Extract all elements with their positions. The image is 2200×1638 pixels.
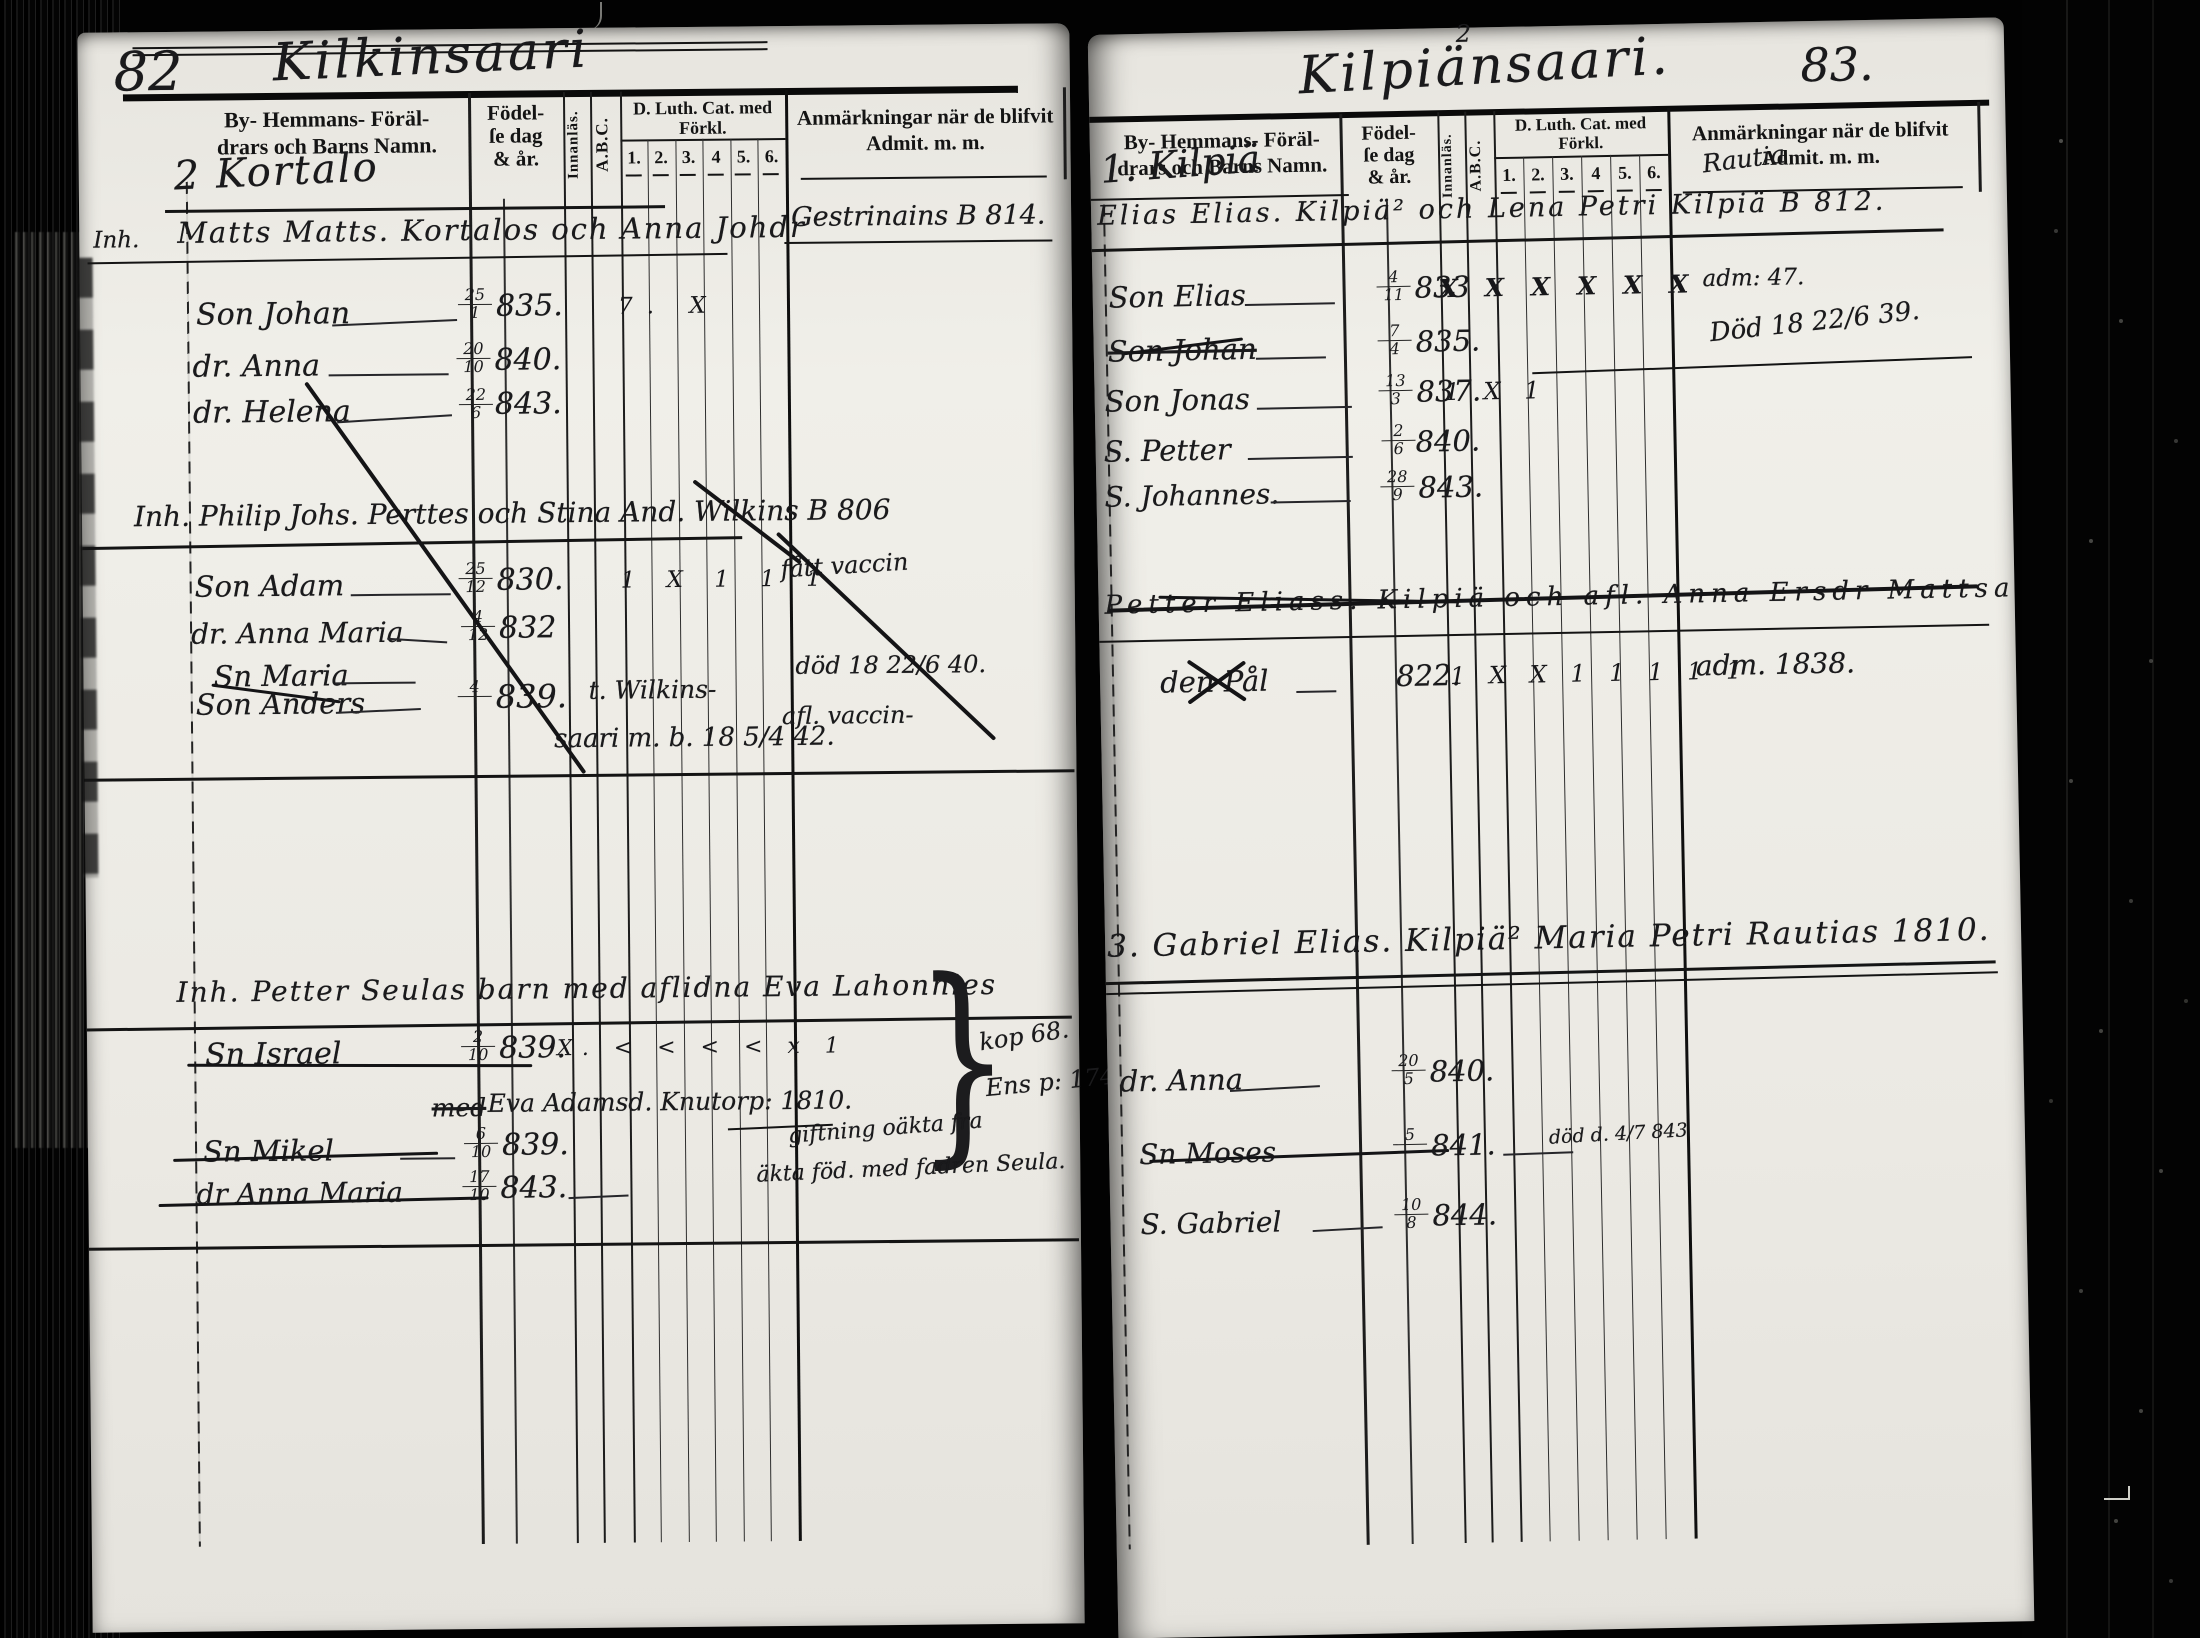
page-title-superscript: 2 bbox=[1456, 22, 1472, 47]
column-header-catechism-line1: D. Luth. Cat. med bbox=[1493, 114, 1667, 134]
birth-date: 2512 bbox=[458, 561, 492, 596]
catechism-col-5: 5. bbox=[1610, 163, 1639, 182]
column-rule bbox=[675, 139, 690, 1542]
catechism-col-underline bbox=[708, 174, 724, 176]
row-rule bbox=[82, 536, 742, 549]
family-line: Matts Matts. Kortalos och Anna Johdr bbox=[177, 212, 806, 248]
birth-month: 6 bbox=[459, 405, 493, 422]
cat-marks: X. < < < < x 1 bbox=[557, 1033, 848, 1061]
catechism-col-1: 1. bbox=[1494, 166, 1523, 185]
section-rule bbox=[85, 769, 1075, 781]
catechism-col-underline bbox=[763, 173, 779, 175]
catechism-col-6: 6. bbox=[1639, 163, 1668, 182]
ditto-dash bbox=[336, 682, 416, 685]
column-header-remarks-line2: Admit. m. m. bbox=[785, 131, 1065, 155]
catechism-col-5: 5. bbox=[729, 147, 757, 165]
birth-year: 835. bbox=[496, 290, 563, 322]
catechism-col-3: 3. bbox=[1552, 164, 1581, 183]
birth-date: 289 bbox=[1380, 469, 1415, 504]
birth-year: 835. bbox=[1415, 325, 1480, 357]
column-header-catechism-line1: D. Luth. Cat. med bbox=[620, 98, 785, 118]
column-rule bbox=[1977, 102, 1982, 192]
birth-month: 12 bbox=[459, 579, 493, 596]
entry-name: Son Jonas bbox=[1104, 384, 1250, 417]
birth-day: 4 bbox=[458, 679, 492, 697]
birth-month: 10 bbox=[456, 359, 490, 376]
birth-date: 26 bbox=[1381, 423, 1416, 458]
birth-year: 844. bbox=[1432, 1199, 1497, 1231]
family-remark: Gestrinains B 814. bbox=[791, 202, 1046, 233]
section-heading: 1. Kilpiä bbox=[1099, 140, 1262, 191]
page-edge-stack-right bbox=[2022, 0, 2200, 1638]
column-header-birth-line1: Födel- bbox=[1339, 122, 1437, 144]
birth-month: 3 bbox=[1379, 391, 1413, 408]
catechism-col-underline bbox=[735, 173, 751, 175]
birth-year: 843. bbox=[500, 1172, 567, 1204]
column-rule bbox=[1552, 156, 1580, 1541]
entry-name: S. Johannes. bbox=[1104, 479, 1279, 512]
birth-year: 830. bbox=[496, 564, 563, 596]
interline-note: Eva Adamsd. Knutorp: 1810. bbox=[488, 1087, 853, 1117]
section-rule bbox=[89, 1238, 1079, 1250]
entry-name: S. Petter bbox=[1103, 434, 1231, 467]
column-header-birth-line1: Födel- bbox=[468, 102, 563, 124]
remark: adm: 47. bbox=[1702, 265, 1804, 291]
ditto-dash bbox=[332, 319, 457, 327]
row-rule bbox=[88, 253, 728, 264]
column-header-birth-line2: ſe dag bbox=[468, 125, 563, 147]
ditto-dash bbox=[1271, 500, 1351, 504]
remark: död d. 4/7 843 bbox=[1548, 1121, 1688, 1148]
birth-date: 210 bbox=[461, 1029, 495, 1064]
birth-date: 133 bbox=[1378, 373, 1413, 408]
column-header-reading: Innanläs. bbox=[565, 96, 590, 194]
catechism-col-3: 3. bbox=[674, 148, 702, 166]
cat-marks: 1 X 1 bbox=[1444, 376, 1547, 406]
catechism-col-underline bbox=[680, 174, 696, 176]
birth-year: 832 bbox=[499, 612, 557, 644]
catechism-col-underline bbox=[626, 174, 642, 176]
ditto-dash bbox=[329, 373, 449, 376]
remark: död 18 22/6 40. bbox=[795, 652, 986, 679]
column-header-catechism-line2: Förkl. bbox=[1494, 133, 1668, 153]
page-edge-line bbox=[2152, 0, 2154, 1638]
birth-date: 74 bbox=[1377, 323, 1412, 358]
corner-mark bbox=[2128, 1486, 2130, 1500]
birth-month: 10 bbox=[462, 1187, 496, 1204]
column-rule bbox=[1639, 154, 1667, 1539]
birth-day: 5 bbox=[1393, 1127, 1427, 1145]
row-rule bbox=[1092, 228, 1944, 251]
catechism-col-4: 4 bbox=[702, 148, 729, 166]
correction-note: Rautia bbox=[1701, 141, 1787, 177]
entry-name: Son Anders bbox=[196, 688, 366, 720]
ditto-dash bbox=[351, 593, 451, 596]
birth-date: 251 bbox=[458, 287, 492, 322]
margin-label: Inh. bbox=[93, 228, 139, 253]
birth-month: 9 bbox=[1380, 487, 1414, 504]
birth-month: 1 bbox=[458, 305, 492, 322]
column-rule bbox=[1581, 155, 1609, 1540]
birth-month: 10 bbox=[464, 1144, 498, 1161]
cat-marks: X X X X X X bbox=[1438, 269, 1697, 303]
birth-date: 5 bbox=[1393, 1127, 1428, 1161]
cat-marks: 7. X bbox=[618, 293, 720, 320]
ditto-dash bbox=[337, 414, 452, 423]
entry-name: dr. Anna bbox=[192, 350, 320, 383]
birth-date: 226 bbox=[459, 387, 493, 422]
birth-month bbox=[458, 697, 492, 713]
right-page: Kilpiänsaari. 2 83. By- Hemmans- Föräl- … bbox=[1088, 17, 2035, 1638]
column-rule bbox=[1667, 108, 1697, 1539]
ditto-dash bbox=[1248, 456, 1353, 460]
column-header-remarks-line1: Anmärkningar när de blifvit bbox=[785, 105, 1065, 129]
entry-name: dr. Anna bbox=[1119, 1064, 1243, 1097]
migration-note-line1: t. Wilkins- bbox=[589, 677, 717, 704]
birth-year: 841. bbox=[1431, 1129, 1496, 1161]
catechism-col-1: 1. bbox=[620, 148, 647, 166]
struck-word: med bbox=[432, 1095, 487, 1122]
corner-mark bbox=[2104, 1498, 2130, 1500]
remarks-header-rule bbox=[801, 175, 1047, 179]
birth-year: 843. bbox=[1418, 471, 1483, 503]
remark: adm. 1838. bbox=[1696, 648, 1856, 680]
catechism-col-underline bbox=[653, 174, 669, 176]
birth-date: 610 bbox=[464, 1126, 498, 1161]
entry-name: Sn Moses bbox=[1139, 1138, 1276, 1170]
page-title: Kilpiänsaari. bbox=[1297, 29, 1672, 104]
column-rule bbox=[702, 139, 717, 1542]
remark: Död 18 22/6 39. bbox=[1708, 298, 1920, 348]
column-rule bbox=[1610, 155, 1638, 1540]
column-rule bbox=[563, 92, 579, 1543]
entry-name: Son Elias bbox=[1108, 280, 1246, 313]
section-heading: 3. Gabriel Elias. Kilpiä² Maria Petri Ra… bbox=[1107, 914, 1991, 964]
remark: afl. vaccin- bbox=[782, 703, 914, 729]
family-line: Inh. Philip Johs. Perttes och Stina And.… bbox=[134, 495, 891, 532]
dust-speckles bbox=[2030, 20, 2032, 22]
family-line: Inh. Petter Seulas barn med aflidna Eva … bbox=[176, 970, 997, 1007]
remark-brace: } bbox=[914, 952, 1012, 1170]
catechism-col-2: 2. bbox=[647, 148, 674, 166]
birth-year: 839. bbox=[499, 1032, 566, 1064]
birth-month: 8 bbox=[1394, 1214, 1428, 1231]
birth-month: 4 bbox=[1378, 341, 1412, 358]
column-header-birth-line2: ſe dag bbox=[1340, 144, 1438, 166]
column-rule bbox=[1493, 111, 1522, 1542]
birth-month bbox=[1393, 1144, 1427, 1161]
column-rule bbox=[730, 139, 745, 1542]
birth-year: 840. bbox=[1415, 425, 1480, 457]
catechism-col-4: 4 bbox=[1581, 164, 1610, 183]
column-header-remarks-line1: Anmärkningar när de blifvit bbox=[1668, 118, 1973, 145]
column-header-abc: A.B.C. bbox=[592, 96, 619, 194]
section-heading: 2 Kortalo bbox=[173, 146, 380, 197]
birth-year: 839. bbox=[502, 1129, 569, 1161]
column-rule bbox=[590, 92, 605, 1543]
column-rule bbox=[1339, 114, 1369, 1545]
left-page: 82 Kilkinsaari By- Hemmans- Föräl- drars… bbox=[77, 23, 1084, 1632]
page-number: 83. bbox=[1800, 40, 1874, 90]
family-line: Elias Elias. Kilpiä² och Lena Petri Kilp… bbox=[1097, 188, 1887, 231]
ditto-dash bbox=[1296, 690, 1336, 693]
column-rule bbox=[757, 138, 772, 1541]
ditto-dash bbox=[569, 1195, 629, 1200]
column-rule bbox=[186, 182, 201, 1547]
remark: äkta föd. med fadren Seula. bbox=[756, 1150, 1066, 1187]
birth-month: 6 bbox=[1382, 441, 1416, 458]
birth-date: 1710 bbox=[462, 1169, 496, 1204]
column-header-birth-line3: & år. bbox=[1340, 166, 1438, 188]
birth-date: 108 bbox=[1394, 1197, 1429, 1232]
column-rule bbox=[1063, 87, 1067, 179]
column-header-birth-line3: & år. bbox=[468, 148, 563, 170]
birth-date: 205 bbox=[1391, 1053, 1426, 1088]
birth-year: 843. bbox=[495, 388, 562, 420]
ditto-dash bbox=[1245, 302, 1335, 306]
birth-month: 10 bbox=[461, 1047, 495, 1064]
page-edge-line bbox=[2108, 0, 2110, 1638]
catechism-col-6: 6. bbox=[757, 147, 785, 165]
entry-name: dr. Anna Maria bbox=[191, 618, 404, 649]
ditto-dash bbox=[1257, 406, 1352, 410]
remark-underline bbox=[784, 239, 1052, 244]
column-header-names-line1: By- Hemmans- Föräl- bbox=[185, 107, 468, 132]
page-title: Kilkinsaari bbox=[272, 22, 591, 91]
ditto-dash bbox=[400, 1157, 455, 1160]
birth-date: 2010 bbox=[456, 341, 490, 376]
ditto-dash bbox=[1256, 356, 1326, 359]
entry-name: Sn Mikel bbox=[203, 1135, 334, 1167]
column-header-catechism-line2: Förkl. bbox=[620, 118, 785, 138]
column-rule bbox=[647, 139, 662, 1542]
row-rule bbox=[1532, 356, 1972, 374]
book-scan-background: 82 Kilkinsaari By- Hemmans- Föräl- drars… bbox=[0, 0, 2200, 1638]
birth-month: 11 bbox=[1377, 287, 1411, 304]
birth-date: 4 bbox=[458, 679, 492, 713]
birth-year: 840. bbox=[494, 344, 561, 376]
entry-name: Son Adam bbox=[195, 570, 345, 602]
birth-month: 5 bbox=[1392, 1070, 1426, 1087]
page-number: 82 bbox=[113, 44, 182, 101]
heading-underline bbox=[1106, 971, 1998, 995]
row-rule bbox=[1099, 624, 1989, 643]
birth-date: 411 bbox=[1376, 269, 1411, 304]
column-rule bbox=[785, 90, 802, 1541]
strike-stroke bbox=[187, 1064, 532, 1067]
entry-name: Son Johan bbox=[196, 298, 350, 331]
column-rule bbox=[1523, 157, 1551, 1542]
ditto-dash bbox=[1230, 1085, 1320, 1092]
page-edge-line bbox=[2066, 0, 2068, 1638]
entry-name: S. Gabriel bbox=[1140, 1207, 1281, 1239]
birth-year: 840. bbox=[1429, 1055, 1494, 1087]
catechism-col-2: 2. bbox=[1523, 165, 1552, 184]
ditto-dash bbox=[1313, 1226, 1383, 1232]
